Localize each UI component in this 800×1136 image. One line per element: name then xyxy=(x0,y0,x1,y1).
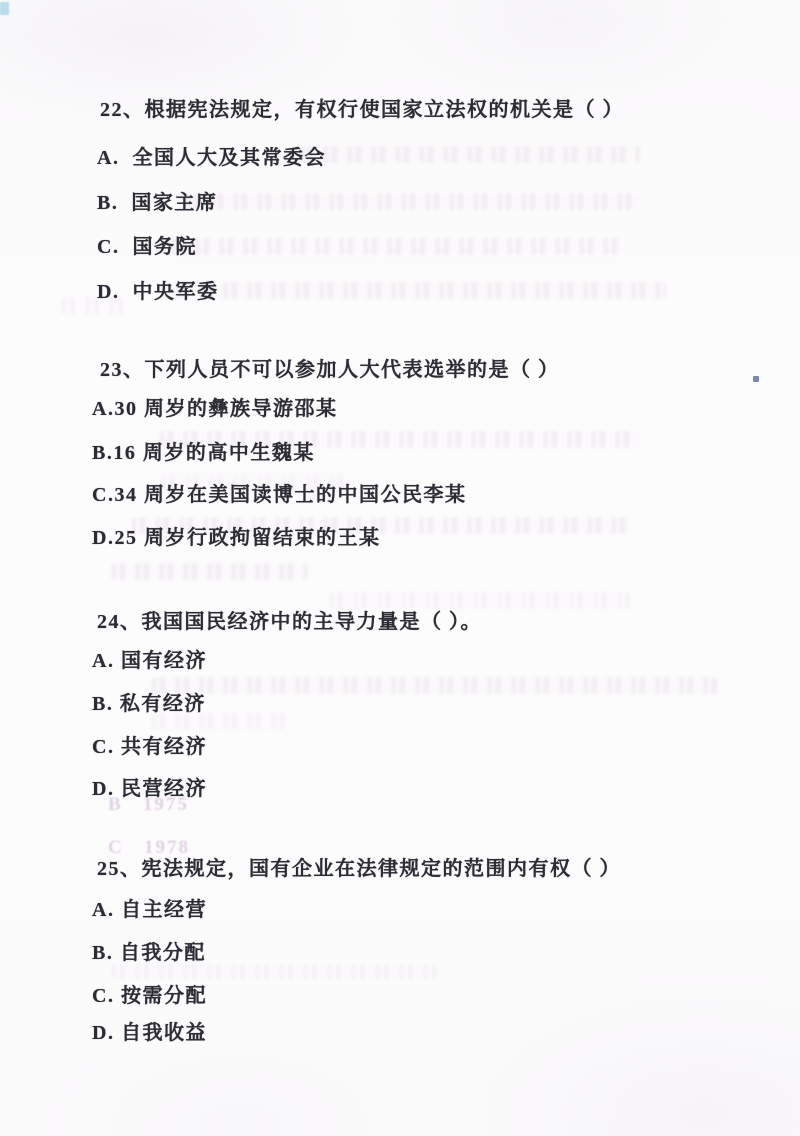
question-25-option-a: A. 自主经营 xyxy=(92,893,207,922)
question-24-option-a: A. 国有经济 xyxy=(92,644,207,673)
bleedthrough-smudge xyxy=(186,193,641,210)
question-22-option-d: D. 中央军委 xyxy=(97,275,218,304)
question-23-option-b: B.16 周岁的高中生魏某 xyxy=(92,436,315,465)
question-25-option-d: D. 自我收益 xyxy=(92,1016,207,1045)
scan-artifact-dot xyxy=(753,376,759,382)
question-23-stem: 23、下列人员不可以参加人大代表选举的是（ ） xyxy=(100,353,560,382)
bleedthrough-smudge xyxy=(112,963,437,980)
question-25-option-b: B. 自我分配 xyxy=(92,936,206,965)
question-24-option-b: B. 私有经济 xyxy=(92,687,206,716)
bleedthrough-smudge xyxy=(112,563,307,580)
question-23-option-a: A.30 周岁的彝族导游邵某 xyxy=(92,392,337,421)
scan-artifact-speck xyxy=(0,2,9,15)
question-22-option-a: A. 全国人大及其常委会 xyxy=(97,141,326,170)
question-25-stem: 25、宪法规定，国有企业在法律规定的范围内有权（ ） xyxy=(97,852,621,881)
bleedthrough-smudge xyxy=(172,238,622,255)
question-22-option-c: C. 国务院 xyxy=(97,230,197,259)
bleedthrough-smudge xyxy=(152,677,717,694)
question-23-option-c: C.34 周岁在美国读博士的中国公民李某 xyxy=(92,478,466,507)
question-25-option-c: C. 按需分配 xyxy=(92,979,207,1008)
bleedthrough-smudge xyxy=(300,146,640,163)
question-22-option-b: B. 国家主席 xyxy=(97,186,217,215)
bleedthrough-smudge xyxy=(176,282,666,299)
question-23-option-d: D.25 周岁行政拘留结束的王某 xyxy=(92,521,380,550)
question-24-stem: 24、我国国民经济中的主导力量是（ ）。 xyxy=(97,605,482,634)
question-24-option-d: D. 民营经济 xyxy=(92,772,207,801)
question-22-stem: 22、根据宪法规定，有权行使国家立法权的机关是（ ） xyxy=(100,93,624,122)
scanned-exam-page: B 1975 C 1978 22、根据宪法规定，有权行使国家立法权的机关是（ ）… xyxy=(0,0,800,1136)
question-24-option-c: C. 共有经济 xyxy=(92,730,207,759)
